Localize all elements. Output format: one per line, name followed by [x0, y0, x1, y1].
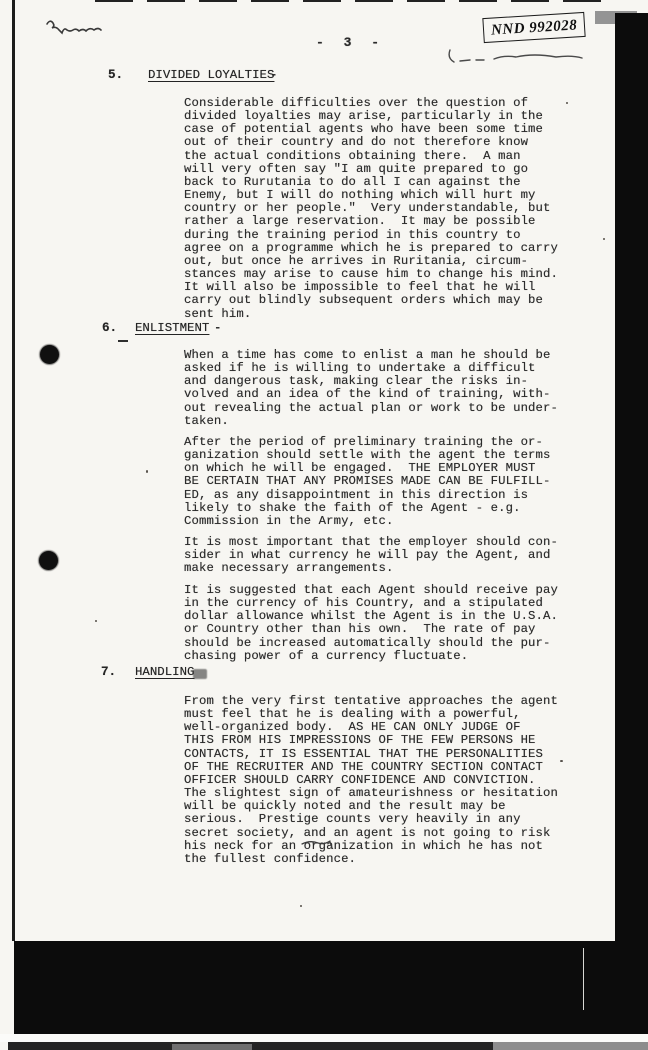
ink-smudge [193, 669, 207, 679]
section-5-title: DIVIDED LOYALTIES [148, 69, 274, 82]
scan-speck [95, 620, 97, 622]
scan-speck [603, 238, 605, 240]
section-6-title: ENLISTMENT [135, 322, 209, 335]
scan-bottom-strip-gray [493, 1042, 648, 1050]
scan-speck [560, 760, 563, 762]
paragraph: From the very first tentative approaches… [184, 695, 558, 866]
scan-speck [566, 102, 568, 104]
declassification-stamp: NND 992028 [482, 12, 586, 43]
section-7-title: HANDLING [135, 666, 195, 679]
page-number: - 3 - [316, 36, 385, 50]
scan-top-edge-line [95, 0, 610, 2]
scan-bottom-strip-gray2 [172, 1044, 252, 1050]
section-7-number: 7. [101, 666, 116, 679]
stray-dash-mark [118, 340, 128, 342]
film-edge-band-right [615, 13, 648, 941]
section-6-suffix: - [214, 322, 221, 335]
paragraph: It is suggested that each Agent should r… [184, 584, 558, 663]
paragraph: When a time has come to enlist a man he … [184, 349, 558, 428]
section-5-suffix: - [270, 69, 277, 82]
paragraph: It is most important that the employer s… [184, 536, 558, 575]
scan-left-edge-line [12, 0, 15, 941]
scan-speck [146, 470, 148, 473]
section-6-number: 6. [102, 322, 117, 335]
paragraph: Considerable difficulties over the quest… [184, 97, 558, 321]
scan-bottom-gap [0, 1034, 648, 1042]
section-5-number: 5. [108, 69, 123, 82]
film-scratch [583, 948, 584, 1010]
stamp-scribble [446, 46, 586, 68]
paragraph: After the period of preliminary training… [184, 436, 551, 528]
ink-blot [40, 345, 59, 364]
scan-speck [300, 905, 302, 907]
film-edge-band-bottom [14, 941, 648, 1035]
handwritten-mark [45, 17, 103, 37]
pen-squiggle [300, 836, 336, 850]
ink-blot [39, 551, 58, 570]
scanned-document-page: - 3 - NND 992028 5. DIVIDED LOYALTIES - … [0, 0, 648, 1050]
